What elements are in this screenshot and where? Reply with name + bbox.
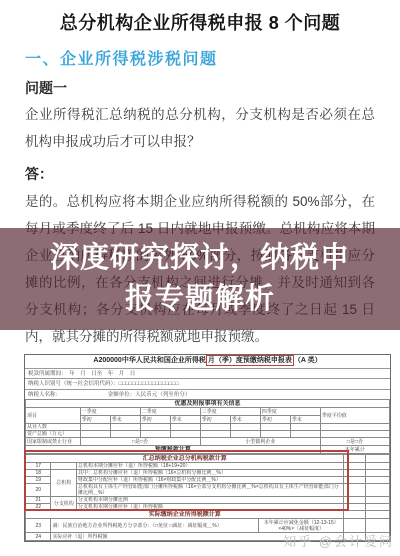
empty-cell	[320, 424, 389, 431]
form-taxpayer-id-line: 纳税人识别号（统一社会信用代码）：□□□□□□□□□□□□□□□□□□	[25, 378, 390, 389]
empty-cell	[110, 431, 140, 438]
empty-cell	[366, 497, 390, 504]
col-cumulative-header: 本年累计	[320, 446, 389, 454]
row-restricted-label: 国家限制或禁止行业	[26, 438, 81, 446]
row-small-micro-label: 小型微利企业	[200, 438, 320, 446]
empty-cell	[200, 424, 230, 431]
row-21-label: 分支机构本期分摊比例	[76, 497, 344, 504]
row-number: 19	[26, 477, 51, 484]
empty-cell	[230, 431, 260, 438]
empty-cell	[344, 477, 366, 484]
article-page: 总分机构企业所得税申报 8 个问题 一、企业所得税涉税问题 问题一 企业所得税汇…	[0, 0, 400, 556]
subcol-begin: 季初	[140, 416, 170, 424]
row-number: 22	[26, 504, 51, 511]
empty-cell	[290, 431, 320, 438]
empty-cell	[344, 463, 366, 470]
empty-cell	[260, 424, 290, 431]
form-info-table: 优惠及附报事项有关信息 项目 一季度 二季度 三季度 四季度 季度平均值 季初 …	[25, 399, 390, 454]
section-consolidated-header: 汇总纳税企业总分机构税款计算	[26, 455, 344, 463]
form-title: A200000中华人民共和国企业所得税月（季）度预缴纳税申报表（A 类）	[25, 355, 390, 368]
empty-cell	[80, 424, 110, 431]
empty-cell	[344, 470, 366, 477]
row-23-label: 减：民族自治地方企业所得税地方分享部分：（□免征 □减征：减征幅度＿%）	[51, 519, 258, 533]
empty-cell	[140, 431, 170, 438]
col-quarter1: 一季度	[80, 408, 140, 416]
zhihu-watermark: 知乎 @会计爱问	[283, 531, 394, 550]
empty-cell	[170, 431, 200, 438]
section-heading: 一、企业所得税涉税问题	[25, 46, 218, 69]
row-20-label: 总机构具有主体生产经营职能部门分摊所得税额（16×全部分支机构分摊比例＿%×总机…	[76, 484, 344, 497]
section-actual-header: 实际缴纳企业所得税额计算	[26, 511, 344, 519]
col-avg-header: 季度平均值	[320, 408, 389, 424]
col-quarter3: 三季度	[200, 408, 260, 416]
subcol-begin: 季初	[260, 416, 290, 424]
row-number: 18	[26, 470, 51, 477]
empty-cell	[260, 431, 290, 438]
subcol-begin: 季初	[200, 416, 230, 424]
empty-cell	[344, 497, 366, 504]
row-18-label: 其中：总机构分摊应补（退）所得税额（16×总机构分摊比例＿%）	[76, 470, 344, 477]
empty-cell	[366, 484, 390, 497]
empty-cell	[344, 504, 366, 511]
col-item-header: 项目	[26, 408, 81, 424]
tax-form: A200000中华人民共和国企业所得税月（季）度预缴纳税申报表（A 类） 税款所…	[24, 354, 391, 542]
page-title: 总分机构企业所得税申报 8 个问题	[0, 9, 400, 35]
form-title-suffix: （A 类）	[294, 357, 322, 364]
col-quarter2: 二季度	[140, 408, 200, 416]
empty-cell	[140, 424, 170, 431]
empty-cell	[110, 424, 140, 431]
section-prepay-header: 预缴税款计算	[26, 446, 321, 454]
empty-cell	[344, 511, 366, 519]
restricted-yes-no: □是□否	[80, 438, 200, 446]
row-19-label: 财政集中分配应补（退）所得税额（16×财政集中分配比例＿%）	[76, 477, 344, 484]
group-head-office-label: 总机构	[51, 470, 76, 497]
form-title-prefix: A200000中华人民共和国企业所得税	[93, 357, 205, 364]
row-number: 17	[26, 463, 51, 470]
row-number: 21	[26, 497, 51, 504]
empty-cell	[170, 424, 200, 431]
col-quarter4: 四季度	[260, 408, 320, 416]
row-assets-label: 资产总额（万元）	[26, 431, 81, 438]
empty-cell	[366, 511, 390, 519]
question-text: 企业所得税汇总纳税的总分机构，分支机构是否必须在总机构申报成功后才可以申报？	[25, 101, 375, 155]
empty-cell	[344, 455, 366, 463]
subcol-end: 季末	[230, 416, 260, 424]
small-micro-yes-no: □是□否	[320, 438, 389, 446]
empty-cell	[80, 431, 110, 438]
form-title-annotation-box: 月（季）度预缴纳税申报表	[206, 355, 294, 366]
empty-cell	[290, 424, 320, 431]
empty-cell	[344, 484, 366, 497]
form-calc-table: 汇总纳税企业总分机构税款计算 17 总机构本期分摊应补（退）所得税额（18+19…	[25, 454, 390, 541]
question-label: 问题一	[25, 78, 67, 98]
empty-cell	[366, 470, 390, 477]
subcol-end: 季末	[290, 416, 320, 424]
watermark-text: 深度研究探讨，纳税申报专题解析	[49, 238, 351, 320]
empty-cell	[320, 431, 389, 438]
row-17-label: 总机构本期分摊应补（退）所得税额（18+19+20）	[76, 463, 344, 470]
group-branch-label: 分支机构	[51, 497, 76, 511]
empty-cell	[51, 463, 76, 470]
empty-cell	[366, 455, 390, 463]
empty-cell	[230, 424, 260, 431]
row-22-label: 分支机构本期分摊应补（退）所得税额	[76, 504, 344, 511]
empty-cell	[366, 504, 390, 511]
answer-label: 答：	[25, 164, 53, 184]
empty-cell	[366, 477, 390, 484]
empty-cell	[366, 463, 390, 470]
empty-cell	[200, 431, 230, 438]
row-number: 23	[26, 519, 51, 533]
subcol-begin: 季初	[80, 416, 110, 424]
subcol-end: 季末	[170, 416, 200, 424]
watermark-overlay: 深度研究探讨，纳税申报专题解析	[0, 228, 400, 330]
row-employees-label: 从业人数	[26, 424, 81, 431]
subcol-end: 季末	[110, 416, 140, 424]
form-taxpayer-name-line: 纳税人名称： 金额单位：人民币元（列至角分）	[25, 389, 390, 399]
section-info-header: 优惠及附报事项有关信息	[26, 400, 390, 408]
row-number: 20	[26, 484, 51, 497]
form-period-line: 税款所属期间： 年 月 日至 年 月 日	[25, 368, 390, 378]
row-number: 24	[26, 533, 51, 541]
